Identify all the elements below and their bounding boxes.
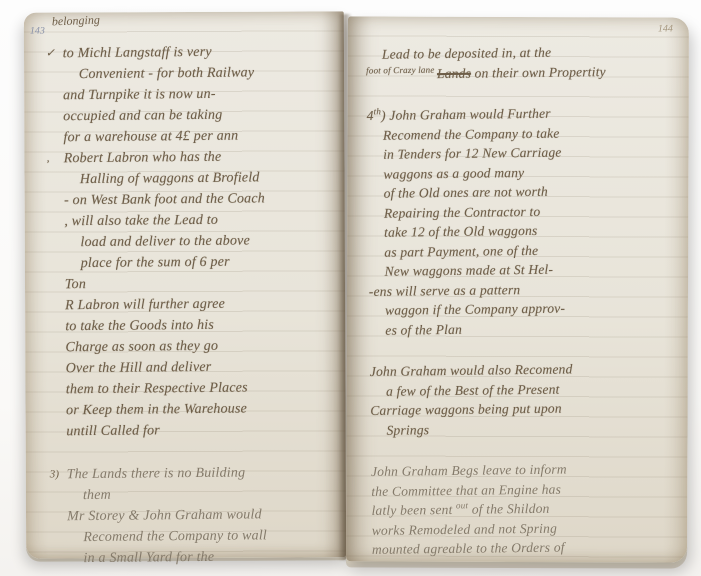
manuscript-line: R Labron will further agree [65,293,339,317]
manuscript-line: to take the Goods into his [65,314,339,338]
manuscript-line: Convenient - for both Railway [63,62,337,86]
manuscript-line: Over the Hill and deliver [66,356,340,380]
margin-mark: ✓ [46,43,56,64]
manuscript-line: load and deliver to the above [64,230,338,254]
manuscript-line: and Turnpike it is now un- [63,83,337,107]
manuscript-line: or Keep them in the Warehouse [66,398,340,422]
manuscript-line: 3)The Lands there is no Building [67,462,341,486]
manuscript-line: mounted agreable to the Orders of [372,536,687,559]
manuscript-line: them to their Respective Places [66,377,340,401]
manuscript-line: Charge as soon as they go [65,335,339,359]
manuscript-line: them [67,483,341,507]
manuscript-line [66,440,340,465]
margin-mark: 3) [50,464,60,485]
manuscript-line: - on West Bank foot and the Coach [64,188,338,212]
manuscript-line: in a Small Yard for the [67,546,341,570]
manuscript-line: for a warehouse at 4£ per ann [63,125,337,149]
margin-mark: , [47,148,50,169]
right-page-number: 144 [658,23,673,34]
manuscript-line: Mr Storey & John Graham would [67,504,341,528]
manuscript-line: occupied and can be taking [63,104,337,128]
left-page: 143 belonging ✓to Michl Langstaff is ver… [24,11,346,558]
manuscript-line: ✓to Michl Langstaff is very [63,41,337,65]
manuscript-line: Ton [65,272,339,296]
left-page-text: ✓to Michl Langstaff is veryConvenient - … [63,41,342,570]
manuscript-line: Recomend the Company to wall [67,525,341,549]
right-page-text: Lead to be deposited in, at thefoot of C… [366,41,687,559]
manuscript-line: ,Robert Labron who has the [64,146,338,170]
manuscript-line: place for the sum of 6 per [65,251,339,275]
manuscript-line: untill Called for [66,419,340,443]
right-page: 144 Lead to be deposited in, at thefoot … [346,16,689,562]
catchword: belonging [52,13,101,30]
manuscript-line: , will also take the Lead to [64,209,338,233]
manuscript-book: 143 belonging ✓to Michl Langstaff is ver… [0,0,701,576]
left-page-number: 143 [30,26,45,37]
photo-background: 143 belonging ✓to Michl Langstaff is ver… [0,0,701,576]
manuscript-line: Halling of waggons at Brofield [64,167,338,191]
